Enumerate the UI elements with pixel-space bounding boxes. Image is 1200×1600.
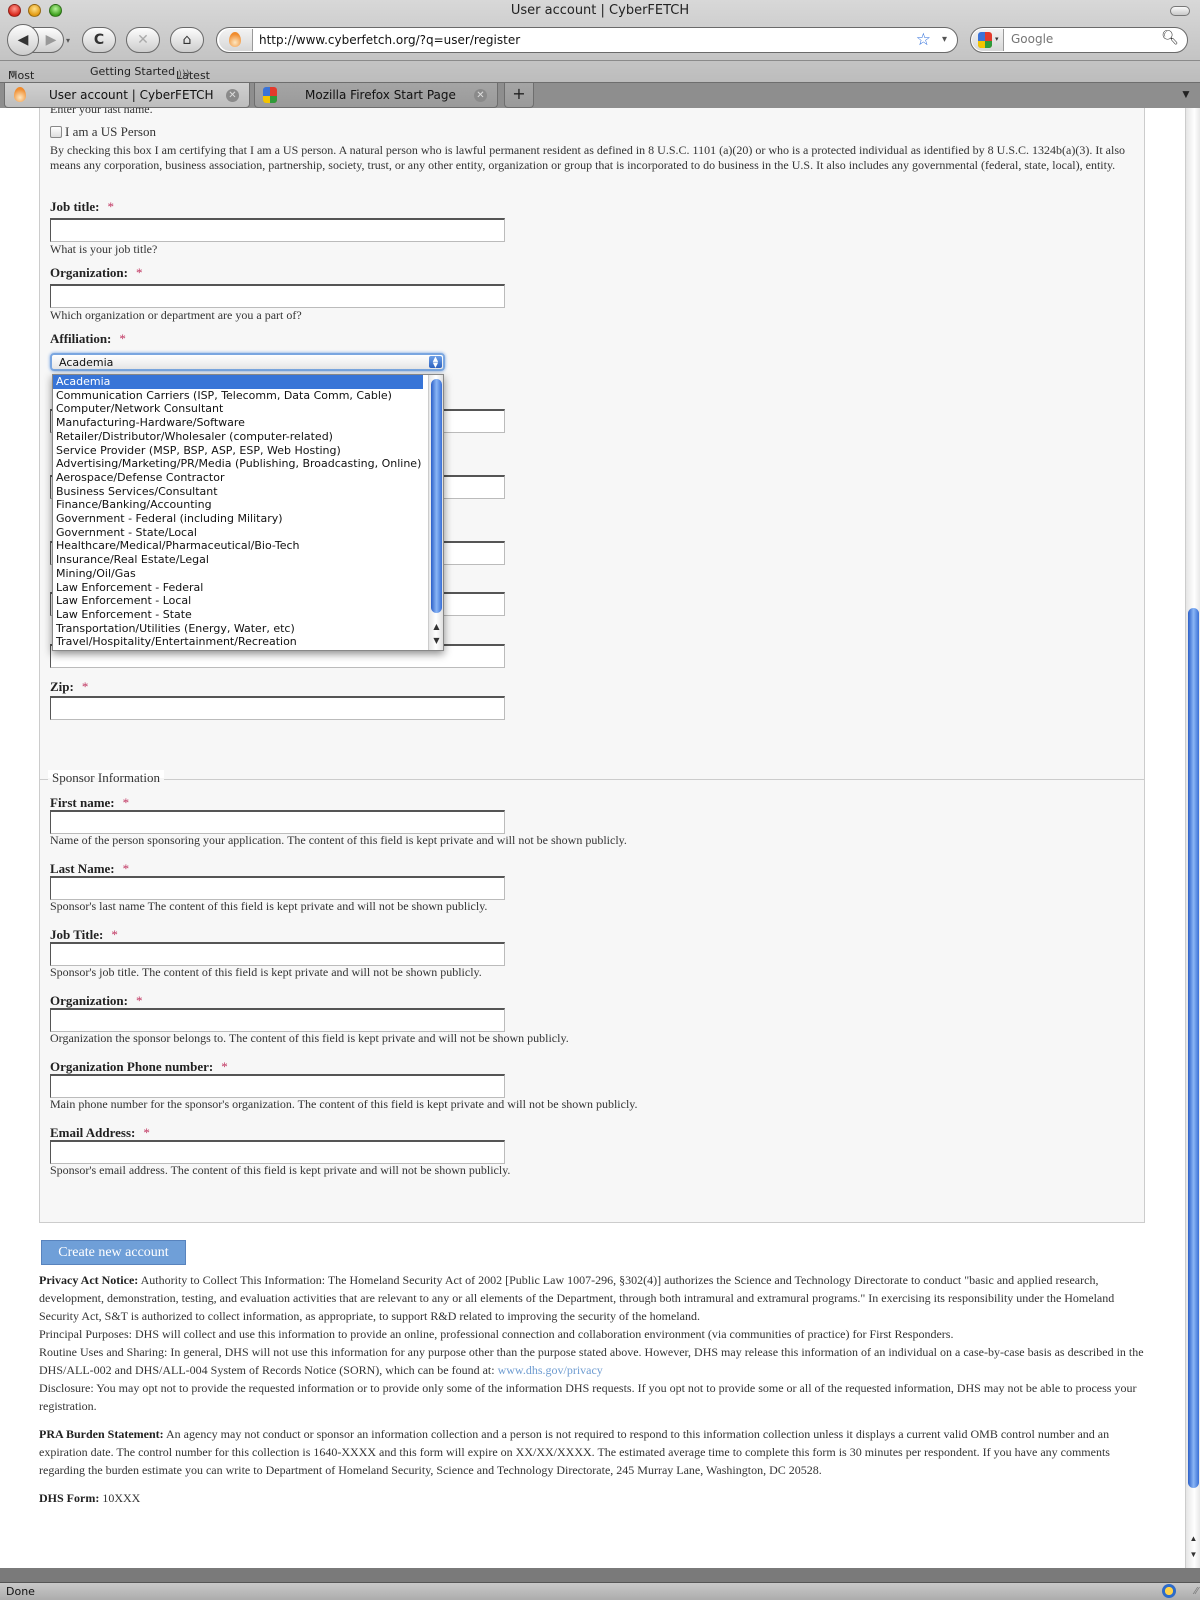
label-text: First name:: [50, 795, 115, 810]
privacy-title: Privacy Act Notice:: [39, 1273, 138, 1287]
affiliation-option[interactable]: Transportation/Utilities (Energy, Water,…: [53, 622, 423, 636]
status-bar-area: Done ⁄⁄: [0, 1568, 1200, 1600]
required-mark: *: [143, 1125, 150, 1140]
affiliation-option[interactable]: Aerospace/Defense Contractor: [53, 471, 423, 485]
sponsor-field-input[interactable]: [50, 1074, 505, 1098]
cyberfetch-favicon-icon: [13, 87, 27, 103]
history-dropdown-icon[interactable]: ▾: [66, 36, 70, 45]
disclosure: Disclosure: You may opt not to provide t…: [39, 1381, 1136, 1413]
sponsor-field-label: Organization:*: [50, 993, 143, 1009]
sponsor-field-label: Organization Phone number:*: [50, 1059, 228, 1075]
affiliation-option[interactable]: Government - Federal (including Military…: [53, 512, 423, 526]
stop-icon: ✕: [137, 32, 149, 48]
back-button[interactable]: ◀: [7, 24, 39, 56]
affiliation-option[interactable]: Insurance/Real Estate/Legal: [53, 553, 423, 567]
page-scrollbar[interactable]: ▲ ▼: [1185, 108, 1200, 1568]
privacy-text: Authority to Collect This Information: T…: [39, 1273, 1114, 1323]
affiliation-option[interactable]: Computer/Network Consultant: [53, 402, 423, 416]
google-favicon-icon: [263, 87, 277, 103]
close-tab-icon[interactable]: ✕: [226, 89, 239, 102]
title-bar: User account | CyberFETCH: [0, 0, 1200, 22]
privacy-act-notice: Privacy Act Notice: Authority to Collect…: [39, 1271, 1145, 1415]
principal-purposes: Principal Purposes: DHS will collect and…: [39, 1327, 953, 1341]
required-mark: *: [82, 679, 89, 694]
stop-button[interactable]: ✕: [126, 27, 160, 53]
affiliation-option[interactable]: Law Enforcement - State: [53, 608, 423, 622]
us-person-description: By checking this box I am certifying tha…: [50, 143, 1130, 173]
sponsor-field-input[interactable]: [50, 1140, 505, 1164]
url-text[interactable]: http://www.cyberfetch.org/?q=user/regist…: [259, 33, 520, 47]
create-account-button[interactable]: Create new account: [41, 1240, 186, 1265]
form-number: 10XXX: [102, 1491, 140, 1505]
new-tab-button[interactable]: +: [504, 83, 534, 108]
pra-title: PRA Burden Statement:: [39, 1427, 164, 1441]
affiliation-option[interactable]: Advertising/Marketing/PR/Media (Publishi…: [53, 457, 423, 471]
sponsor-field-description: Main phone number for the sponsor's orga…: [50, 1097, 638, 1112]
tab-user-account[interactable]: User account | CyberFETCH ✕: [4, 83, 250, 108]
required-mark: *: [111, 927, 118, 942]
chevron-down-icon: ▼: [11, 69, 17, 78]
label-text: Organization Phone number:: [50, 1059, 213, 1074]
sponsor-field-input[interactable]: [50, 810, 505, 834]
label-text: Email Address:: [50, 1125, 135, 1140]
tab-label: User account | CyberFETCH: [49, 88, 214, 102]
affiliation-option[interactable]: Retailer/Distributor/Wholesaler (compute…: [53, 430, 423, 444]
dropdown-scrollbar[interactable]: ▲ ▼: [428, 375, 443, 650]
close-tab-icon[interactable]: ✕: [474, 89, 487, 102]
bookmark-star-icon[interactable]: ☆: [916, 30, 931, 50]
affiliation-option[interactable]: Mining/Oil/Gas: [53, 567, 423, 581]
job-title-input[interactable]: [50, 218, 505, 242]
dhs-privacy-link[interactable]: www.dhs.gov/privacy: [498, 1363, 603, 1377]
required-mark: *: [107, 199, 114, 214]
zip-label: Zip:*: [50, 679, 88, 695]
page-scroll-thumb[interactable]: [1188, 608, 1199, 1488]
sponsor-field-description: Sponsor's job title. The content of this…: [50, 965, 482, 980]
search-bar[interactable]: ▾ 🔍︎: [970, 27, 1188, 53]
url-history-dropdown-icon[interactable]: ▾: [942, 34, 947, 45]
tab-label: Mozilla Firefox Start Page: [305, 88, 456, 102]
affiliation-option[interactable]: Healthcare/Medical/Pharmaceutical/Bio-Te…: [53, 539, 423, 553]
affiliation-dropdown-list[interactable]: ▲ ▼ AcademiaCommunication Carriers (ISP,…: [52, 374, 444, 651]
tab-strip: User account | CyberFETCH ✕ Mozilla Fire…: [0, 82, 1200, 108]
bookmarks-toolbar: Most Visited▼ Getting Started Latest Hea…: [0, 60, 1200, 82]
sponsor-field-label: First name:*: [50, 795, 129, 811]
url-bar[interactable]: http://www.cyberfetch.org/?q=user/regist…: [216, 27, 958, 53]
scroll-up-arrow-icon[interactable]: ▲: [1187, 1534, 1200, 1543]
search-engine-selector[interactable]: ▾: [972, 29, 1004, 51]
resize-grip-icon[interactable]: ⁄⁄: [1195, 1586, 1198, 1597]
scroll-down-arrow-icon[interactable]: ▼: [1187, 1550, 1200, 1559]
organization-input[interactable]: [50, 284, 505, 308]
label-text: Job title:: [50, 199, 99, 214]
sponsor-field-description: Sponsor's last name The content of this …: [50, 899, 487, 914]
dhs-form-number: DHS Form: 10XXX: [39, 1489, 1145, 1507]
affiliation-selected-value: Academia: [59, 356, 113, 369]
reload-button[interactable]: C: [82, 27, 116, 53]
affiliation-select[interactable]: Academia ▲▼: [50, 353, 445, 371]
chevron-down-icon: ▾: [995, 35, 999, 43]
affiliation-label: Affiliation:*: [50, 331, 126, 347]
required-mark: *: [136, 993, 143, 1008]
site-favicon-icon: [229, 32, 241, 47]
affiliation-option[interactable]: Travel/Hospitality/Entertainment/Recreat…: [53, 635, 423, 649]
us-person-checkbox[interactable]: [50, 126, 62, 138]
sponsor-field-label: Job Title:*: [50, 927, 118, 943]
status-bar: Done ⁄⁄: [0, 1582, 1200, 1600]
required-mark: *: [136, 265, 143, 280]
rss-icon: ))): [178, 69, 190, 80]
label-text: Affiliation:: [50, 331, 111, 346]
search-input[interactable]: [1011, 32, 1161, 46]
affiliation-option[interactable]: Communication Carriers (ISP, Telecomm, D…: [53, 389, 423, 403]
required-mark: *: [123, 861, 130, 876]
sponsor-field-description: Sponsor's email address. The content of …: [50, 1163, 510, 1178]
job-title-description: What is your job title?: [50, 242, 157, 257]
home-button[interactable]: ⌂: [170, 27, 204, 53]
back-arrow-icon: ◀: [18, 32, 29, 48]
tab-firefox-start-page[interactable]: Mozilla Firefox Start Page ✕: [254, 83, 498, 108]
sponsor-field-input[interactable]: [50, 1008, 505, 1032]
required-mark: *: [123, 795, 130, 810]
page-viewport: Enter your last name. I am a US Person B…: [0, 108, 1185, 1568]
label-text: Last Name:: [50, 861, 115, 876]
label-text: Organization:: [50, 265, 128, 280]
google-logo-icon: [978, 32, 992, 48]
pra-text: An agency may not conduct or sponsor an …: [39, 1427, 1110, 1477]
job-title-label: Job title:*: [50, 199, 114, 215]
us-person-label[interactable]: I am a US Person: [65, 124, 156, 140]
scroll-up-arrow-icon[interactable]: ▲: [430, 622, 443, 631]
form-title: DHS Form:: [39, 1491, 99, 1505]
affiliation-option[interactable]: Business Services/Consultant: [53, 485, 423, 499]
sponsor-field-label: Email Address:*: [50, 1125, 150, 1141]
pra-burden-statement: PRA Burden Statement: An agency may not …: [39, 1425, 1145, 1479]
sponsor-field-input[interactable]: [50, 942, 505, 966]
affiliation-option[interactable]: Government - State/Local: [53, 526, 423, 540]
label-text: Zip:: [50, 679, 74, 694]
scroll-down-arrow-icon[interactable]: ▼: [430, 636, 443, 645]
bookmark-getting-started[interactable]: Getting Started: [90, 65, 175, 78]
us-person-row: I am a US Person: [50, 124, 156, 140]
window-title: User account | CyberFETCH: [0, 3, 1200, 18]
affiliation-option[interactable]: Law Enforcement - Local: [53, 594, 423, 608]
sponsor-legend: Sponsor Information: [48, 770, 164, 786]
last-name-description: Enter your last name.: [50, 108, 153, 117]
reload-icon: C: [94, 32, 104, 48]
list-all-tabs-icon[interactable]: ▼: [1176, 87, 1196, 103]
sponsor-field-description: Organization the sponsor belongs to. The…: [50, 1031, 569, 1046]
sponsor-field-description: Name of the person sponsoring your appli…: [50, 833, 627, 848]
drop-icon: [14, 87, 26, 102]
required-mark: *: [119, 331, 126, 346]
site-identity-button[interactable]: [219, 29, 253, 51]
navigation-toolbar: ◀ ▶ ▾ C ✕ ⌂ http://www.cyberfetch.org/?q…: [0, 24, 1200, 58]
affiliation-option[interactable]: Manufacturing-Hardware/Software: [53, 416, 423, 430]
browser-chrome: User account | CyberFETCH ◀ ▶ ▾ C ✕ ⌂ ht…: [0, 0, 1200, 108]
zip-input[interactable]: [50, 696, 505, 720]
search-icon[interactable]: 🔍︎: [1161, 30, 1179, 46]
affiliation-option[interactable]: Service Provider (MSP, BSP, ASP, ESP, We…: [53, 444, 423, 458]
label-text: Organization:: [50, 993, 128, 1008]
home-icon: ⌂: [183, 32, 192, 48]
organization-label: Organization:*: [50, 265, 143, 281]
status-text: Done: [6, 1585, 35, 1598]
organization-description: Which organization or department are you…: [50, 308, 302, 323]
affiliation-option[interactable]: Finance/Banking/Accounting: [53, 498, 423, 512]
dropdown-scroll-thumb[interactable]: [431, 379, 442, 613]
google-logo-icon: [263, 87, 277, 103]
forward-arrow-icon: ▶: [46, 32, 57, 48]
toolbar-toggle-button[interactable]: [1170, 6, 1190, 16]
horizontal-scroll-area: [0, 1568, 1200, 1582]
select-arrows-icon: ▲▼: [429, 356, 442, 368]
addon-status-icon[interactable]: [1162, 1584, 1176, 1598]
sponsor-field-input[interactable]: [50, 876, 505, 900]
required-mark: *: [221, 1059, 228, 1074]
affiliation-option[interactable]: Academia: [53, 375, 423, 389]
sponsor-field-label: Last Name:*: [50, 861, 129, 877]
affiliation-option[interactable]: Law Enforcement - Federal: [53, 581, 423, 595]
label-text: Job Title:: [50, 927, 103, 942]
